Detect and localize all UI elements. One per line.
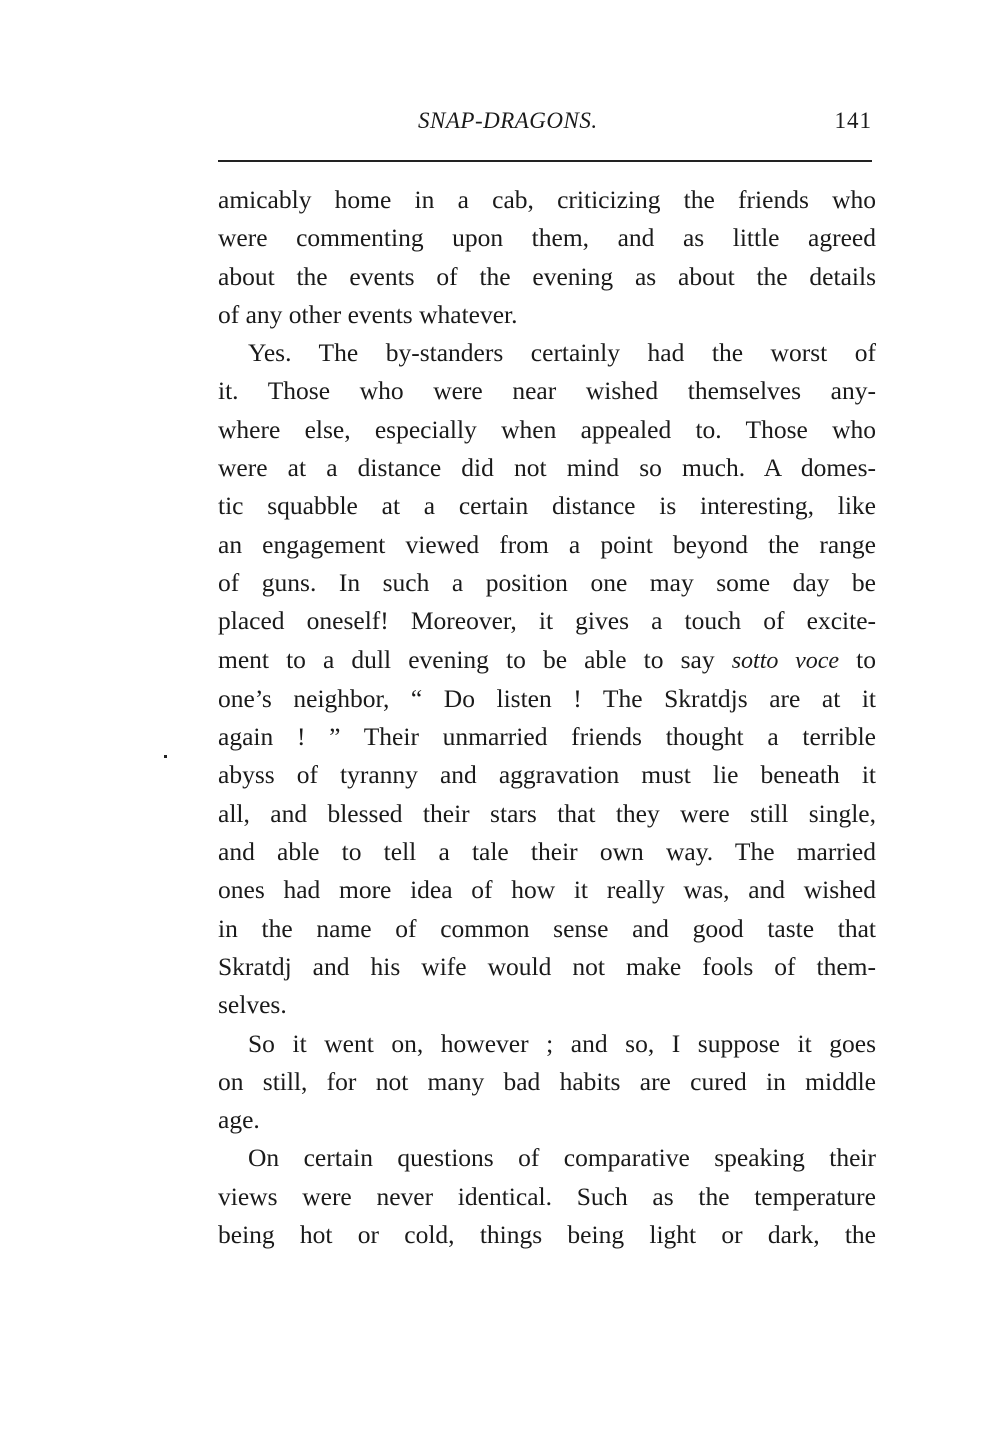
text-line: being hot or cold, things being light or…: [218, 1216, 876, 1254]
text-segment: ment to a dull evening to be able to say: [218, 645, 715, 674]
text-line: So it went on, however ; and so, I suppo…: [218, 1025, 876, 1063]
text-line: of guns. In such a position one may some…: [218, 564, 876, 602]
paragraph-2: Yes. The by-standers certainly had the w…: [218, 334, 876, 1024]
text-line: On certain questions of comparative spea…: [218, 1139, 876, 1177]
italic-phrase: sotto voce: [732, 648, 839, 674]
text-line: tic squabble at a certain distance is in…: [218, 487, 876, 525]
text-line: about the events of the evening as about…: [218, 258, 876, 296]
text-line: of any other events whatever.: [218, 296, 876, 334]
text-line: selves.: [218, 986, 876, 1024]
text-line: views were never identical. Such as the …: [218, 1178, 876, 1216]
page-number: 141: [835, 108, 873, 134]
text-segment: to: [839, 645, 876, 674]
paragraph-3: So it went on, however ; and so, I suppo…: [218, 1025, 876, 1140]
running-head: SNAP-DRAGONS. 141: [218, 108, 876, 148]
text-line-with-italic: ment to a dull evening to be able to say…: [218, 641, 876, 680]
text-line: it. Those who were near wished themselve…: [218, 372, 876, 410]
text-line: abyss of tyranny and aggravation must li…: [218, 756, 876, 794]
text-line: Skratdj and his wife would not make fool…: [218, 948, 876, 986]
running-title: SNAP-DRAGONS.: [418, 108, 598, 134]
text-line: and able to tell a tale their own way. T…: [218, 833, 876, 871]
text-line: where else, especially when appealed to.…: [218, 411, 876, 449]
text-line: ones had more idea of how it really was,…: [218, 871, 876, 909]
text-line: on still, for not many bad habits are cu…: [218, 1063, 876, 1101]
text-line: amicably home in a cab, criticizing the …: [218, 181, 876, 219]
body-text: amicably home in a cab, criticizing the …: [218, 181, 876, 1254]
text-line: Yes. The by-standers certainly had the w…: [218, 334, 876, 372]
scan-speck: [164, 755, 167, 758]
text-line: all, and blessed their stars that they w…: [218, 795, 876, 833]
text-line: again ! ” Their unmarried friends though…: [218, 718, 876, 756]
text-line: were at a distance did not mind so much.…: [218, 449, 876, 487]
text-line: were commenting upon them, and as little…: [218, 219, 876, 257]
text-line: an engagement viewed from a point beyond…: [218, 526, 876, 564]
text-line: placed oneself! Moreover, it gives a tou…: [218, 602, 876, 640]
paragraph-1: amicably home in a cab, criticizing the …: [218, 181, 876, 334]
text-line: in the name of common sense and good tas…: [218, 910, 876, 948]
text-line: age.: [218, 1101, 876, 1139]
header-rule: [218, 160, 872, 162]
paragraph-4: On certain questions of comparative spea…: [218, 1139, 876, 1254]
text-line: one’s neighbor, “ Do listen ! The Skratd…: [218, 680, 876, 718]
